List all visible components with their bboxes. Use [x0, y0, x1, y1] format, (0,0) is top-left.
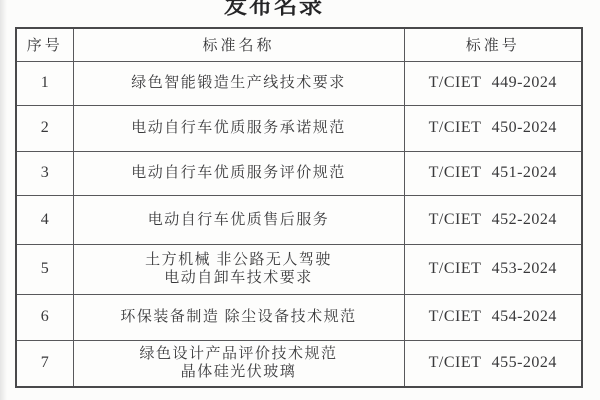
header-cell-name: 标准名称 — [73, 28, 404, 61]
standard-code: T/CIET 451-2024 — [404, 151, 582, 195]
standard-name: 电动自行车优质服务评价规范 — [73, 151, 404, 195]
standard-name: 电动自行车优质售后服务 — [73, 195, 404, 244]
row-number: 7 — [16, 340, 73, 387]
row-number: 6 — [16, 294, 73, 340]
table-row: 5 土方机械 非公路无人驾驶 电动自卸车技术要求 T/CIET 453-2024 — [16, 244, 582, 294]
table-row: 4 电动自行车优质售后服务 T/CIET 452-2024 — [16, 195, 582, 244]
row-number: 4 — [16, 195, 73, 244]
row-number: 1 — [16, 61, 73, 105]
standard-name: 绿色设计产品评价技术规范 晶体硅光伏玻璃 — [73, 340, 404, 387]
standards-table: 序号 标准名称 标准号 1 绿色智能锻造生产线技术要求 T/CIET 449-2… — [15, 27, 583, 388]
row-number: 3 — [16, 151, 73, 195]
row-number: 5 — [16, 244, 73, 294]
table-row: 1 绿色智能锻造生产线技术要求 T/CIET 449-2024 — [16, 61, 582, 105]
standard-code: T/CIET 453-2024 — [404, 244, 582, 294]
standard-name: 绿色智能锻造生产线技术要求 — [73, 61, 404, 105]
standard-code: T/CIET 452-2024 — [404, 195, 582, 244]
row-number: 2 — [16, 105, 73, 151]
header-cell-code: 标准号 — [404, 28, 582, 61]
document-title: 发布名录 — [0, 0, 548, 20]
table-row: 3 电动自行车优质服务评价规范 T/CIET 451-2024 — [16, 151, 582, 195]
standard-code: T/CIET 455-2024 — [404, 340, 582, 387]
standard-name: 电动自行车优质服务承诺规范 — [73, 105, 404, 151]
table-row: 6 环保装备制造 除尘设备技术规范 T/CIET 454-2024 — [16, 294, 582, 340]
scan-edge-shadow — [0, 0, 7, 400]
table-row: 7 绿色设计产品评价技术规范 晶体硅光伏玻璃 T/CIET 455-2024 — [16, 340, 582, 387]
table-row: 2 电动自行车优质服务承诺规范 T/CIET 450-2024 — [16, 105, 582, 151]
standard-name: 土方机械 非公路无人驾驶 电动自卸车技术要求 — [73, 244, 404, 294]
table-header-row: 序号 标准名称 标准号 — [16, 28, 582, 61]
standard-code: T/CIET 454-2024 — [404, 294, 582, 340]
standard-name: 环保装备制造 除尘设备技术规范 — [73, 294, 404, 340]
standard-code: T/CIET 450-2024 — [404, 105, 582, 151]
standard-code: T/CIET 449-2024 — [404, 61, 582, 105]
header-cell-no: 序号 — [16, 28, 73, 61]
